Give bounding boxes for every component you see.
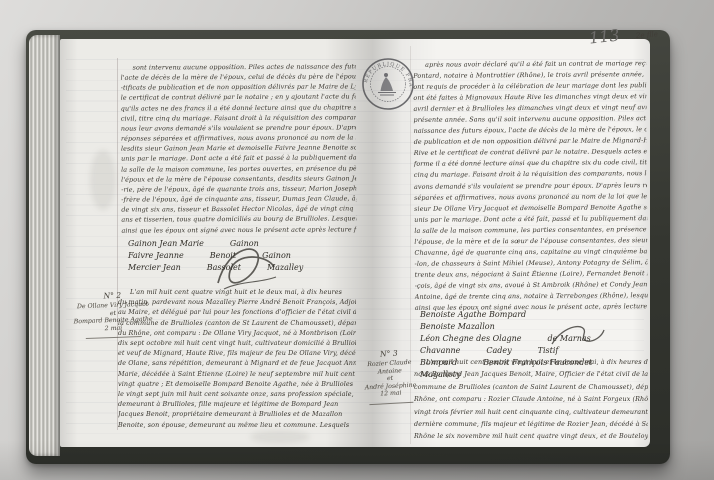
manuscript-line: dix sept octobre mil huit cent vingt hui… [118,338,356,348]
manuscript-line: le vingt sept juin mil huit cent soixant… [118,389,356,399]
manuscript-line: au Maire, et délégué par lui pour les fo… [118,307,356,317]
right-page-second-act-text: L'an mil huit cent quatre vingt huit et … [414,356,648,443]
right-page-act-text: après nous avoir déclaré qu'il a été fai… [413,58,648,314]
manuscript-line: et veuf de Mignard, Haute Rive, fils maj… [118,348,356,358]
left-page-act-text: sont intervenu aucune opposition. Piles … [121,61,357,235]
manuscript-line: dernière commune, fils majeur et légitim… [414,418,648,430]
manuscript-line: ainsi que les époux ont signé avec nous … [121,224,356,235]
manuscript-line: Jacques Benoit, propriétaire demeurant à… [118,409,356,419]
manuscript-line: du Rhône, ont comparu : De Ollane Viry J… [118,328,356,338]
paper-smudge [90,150,116,210]
left-page-second-act-text: L'an mil huit cent quatre vingt huit et … [118,287,356,430]
manuscript-line: L'an mil huit cent quatre vingt huit et … [414,356,648,368]
signature: Gainon Jean Marie [128,239,204,248]
signature: Mercier Jean [128,263,181,272]
book-page-edges [29,35,60,456]
republique-francaise-stamp: RÉPUBLIQUE FRANÇAISE [359,54,417,114]
manuscript-line: vingt quatre ; Et demoiselle Bompard Ben… [118,379,356,389]
folio-number: 113 [588,25,620,47]
paper-smudge [250,430,310,444]
signature: Benoiste Agathe Bompard [420,310,526,319]
manuscript-line: L'an mil huit cent quatre vingt huit et … [118,287,356,297]
manuscript-line: ans et tisserien, tous quatre domiciliés… [121,214,356,225]
signature-flourish-icon [548,316,608,356]
manuscript-line: Rhône le six novembre mil huit cent quat… [414,430,648,442]
corner-note: 2e flle [636,30,658,40]
manuscript-line: la commune de Brullioles (canton de St L… [118,318,356,328]
signature: Cadey [486,346,511,355]
manuscript-line: commune de Brullioles (canton de Saint L… [414,381,648,393]
manuscript-line: nous Bompard Jean Jacques Benoit, Maire,… [414,368,648,380]
manuscript-line: unis par le mariage. Dont acte a été fai… [121,153,356,164]
manuscript-line: Benoite, son épouse, demeurant au même l… [118,420,356,430]
manuscript-line: demeurant à Brullioles, fille majeure et… [118,399,356,409]
manuscript-line: Rhône, ont comparu : Rozier Claude Antoi… [414,393,648,405]
signature: Benoiste Mazallon [420,322,495,331]
signature: Léon Chegne des Olagne [420,334,522,343]
signature: Chavanne [420,346,460,355]
manuscript-line: du matin, pardevant nous Mazalley Pierre… [118,297,356,307]
manuscript-line: Marie, décédée à Saint Étienne (Loire) l… [118,369,356,379]
manuscript-line: de Olane, sans répétition, demeurant à M… [118,358,356,368]
manuscript-line: vingt trois février mil huit cent cinqua… [414,406,648,418]
signature: Faivre Jeanne [128,251,184,260]
manuscript-line: le certificat de contrat délivré par le … [121,92,356,103]
scanned-register-photo: sont intervenu aucune opposition. Piles … [0,0,714,480]
